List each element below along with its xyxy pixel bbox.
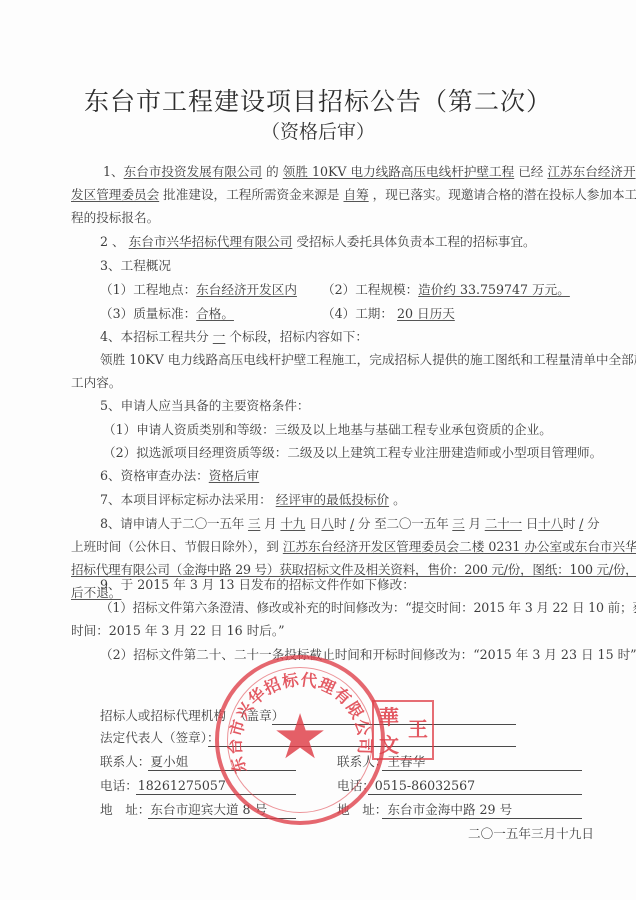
project-location: 东台经济开发区内 — [196, 282, 297, 297]
body-text: 时 — [563, 516, 575, 531]
qualification-review-method: 资格后审 — [209, 468, 259, 483]
start-month: 三 — [248, 516, 260, 531]
project-name: 领胜 10KV 电力线路高压电线杆护壁工程 — [283, 164, 514, 179]
field-label: 联系人： — [100, 754, 150, 769]
section-2: 2 、 东台市兴华招标代理有限公司 受招标人委托具体负责本工程的招标事宜。 — [100, 234, 536, 250]
section-1-line-1: 1、东台市投资发展有限公司 的 领胜 10KV 电力线路高压电线杆护壁工程 已经… — [103, 164, 636, 180]
section-count: 一 — [213, 329, 226, 344]
body-text: 8、请申请人于二〇一五年 — [100, 516, 244, 531]
body-text: 分 至二〇一五年 — [358, 516, 449, 531]
agent-name: 东台市兴华招标代理有限公司 — [129, 234, 293, 249]
field-label: 招标人或招标代理机构 — [100, 708, 226, 723]
end-hour: 十八 — [538, 516, 563, 531]
company-seal-text: 东台市兴华招标代理有限公司 — [219, 659, 381, 821]
body-text: 日 — [526, 516, 538, 531]
funding-source: 自筹 — [343, 187, 368, 202]
section-1-line-3: 程的投标报名。 — [71, 210, 159, 226]
field-label: （2）工程规模： — [322, 282, 418, 297]
evaluation-method: 经评审的最低投标价 — [276, 492, 389, 507]
modification-1-line-2: 时间：2015 年 3 月 22 日 16 时后。” — [71, 623, 285, 639]
connector-text: 已经 — [514, 164, 547, 179]
section-8-line-2: 上班时间（公休日、节假日除外），到 江苏东台经济开发区管理委员会二楼 0231 … — [71, 539, 636, 555]
body-text: 上班时间（公休日、节假日除外），到 — [71, 539, 283, 554]
right-contact-line — [382, 770, 582, 771]
quality-standard-row: （3）质量标准：合格。 — [100, 306, 234, 322]
body-text: 分 — [587, 516, 599, 531]
left-phone-row: 电话：18261275057 — [100, 778, 226, 794]
legal-rep-label: 法定代表人（签章）： — [100, 730, 220, 746]
field-label: 电话： — [100, 778, 138, 793]
section-4: 4、本招标工程共分 一 个标段，招标内容如下： — [100, 329, 368, 345]
body-text: 日 — [309, 516, 321, 531]
duration-row: （4）工期： 20 日历天 — [322, 306, 455, 322]
company-seal: ★ 东台市兴华招标代理有限公司 — [215, 655, 385, 825]
end-minute: / — [579, 516, 583, 531]
body-text: 4、本招标工程共分 — [100, 329, 209, 344]
tender-announcement-page: 东台市工程建设项目招标公告（第二次） （资格后审） 1、东台市投资发展有限公司 … — [0, 0, 636, 900]
section-4-content-line-1: 领胜 10KV 电力线路高压电线杆护壁工程施工，完成招标人提供的施工图纸和工程量… — [100, 352, 636, 368]
pickup-location-part-1: 江苏东台经济开发区管理委员会二楼 0231 办公室或东台市兴华 — [283, 539, 636, 554]
left-contact-row: 联系人：夏小姐 — [100, 754, 188, 770]
section-7: 7、本项目评标定标办法采用： 经评审的最低投标价 。 — [100, 492, 406, 508]
body-text: 个标段，招标内容如下： — [229, 329, 368, 344]
section-9-heading: 9、于 2015 年 3 月 13 日发布的招标文件作如下修改： — [100, 577, 415, 593]
section-number: 1、 — [103, 164, 124, 179]
project-scale: 造价约 33.759747 万元。 — [418, 282, 570, 297]
project-scale-row: （2）工程规模：造价约 33.759747 万元。 — [322, 282, 570, 298]
section-3-heading: 3、工程概况 — [100, 258, 171, 274]
body-text: 批准建设，工程所需资金来源是 — [159, 187, 343, 202]
field-label: 6、资格审查办法： — [100, 468, 209, 483]
right-phone-line — [368, 794, 582, 795]
section-8-line-3: 招标代理有限公司（金海中路 29 号）获取招标文件及相关资料，售价：200 元/… — [71, 562, 636, 578]
field-label: 7、本项目评标定标办法采用： — [100, 492, 272, 507]
quality-standard: 合格。 — [196, 306, 234, 321]
approver-part-2: 发区管理委员会 — [71, 187, 159, 202]
seal-char-1: 華 — [379, 706, 399, 728]
tenderer-name: 东台市投资发展有限公司 — [124, 164, 263, 179]
end-month: 三 — [452, 516, 464, 531]
approver-part-1: 江苏东台经济开 — [547, 164, 635, 179]
announcement-date: 二〇一五年三月十九日 — [468, 826, 594, 842]
document-subtitle: （资格后审） — [0, 117, 636, 144]
project-duration: 20 日历天 — [397, 306, 455, 321]
start-day: 十九 — [280, 516, 305, 531]
section-number: 2 、 — [100, 234, 125, 249]
field-label: （1）工程地点： — [100, 282, 196, 297]
field-label: （4）工期： — [322, 306, 393, 321]
body-text: 时 — [334, 516, 346, 531]
left-phone: 18261275057 — [138, 778, 226, 793]
section-5-heading: 5、申请人应当具备的主要资格条件： — [100, 398, 310, 414]
right-address-line — [382, 818, 582, 819]
seal-text-path: 东台市兴华招标代理有限公司 — [226, 670, 375, 776]
section-4-content-line-2: 工内容。 — [71, 375, 121, 391]
modification-1-line-1: （1）招标文件第六条澄清、修改或补充的时间修改为：“提交时间：2015 年 3 … — [100, 600, 636, 616]
right-address: 东台市金海中路 29 号 — [387, 802, 512, 817]
personal-seal: 華 王 文 — [372, 700, 434, 760]
project-location-row: （1）工程地点：东台经济开发区内 — [100, 282, 297, 298]
start-hour: 八 — [321, 516, 333, 531]
body-text: 。 — [389, 492, 406, 507]
end-day: 二十一 — [485, 516, 522, 531]
left-contact-name: 夏小姐 — [150, 754, 188, 769]
body-text: ，现已落实。现邀请合格的潜在投标人参加本工 — [369, 187, 636, 202]
section-6: 6、资格审查办法：资格后审 — [100, 468, 259, 484]
start-minute: / — [350, 516, 354, 531]
connector-text: 的 — [262, 164, 283, 179]
field-label: （3）质量标准： — [100, 306, 196, 321]
body-text: 月 — [469, 516, 481, 531]
seal-char-2: 王 — [408, 718, 428, 740]
requirement-1: （1）申请人资质类别和等级：三级及以上地基与基础工程专业承包资质的企业。 — [103, 422, 552, 438]
pickup-location-part-2: 招标代理有限公司（金海中路 29 号）获取招标文件及相关资料，售价：200 元/… — [71, 562, 636, 577]
document-title: 东台市工程建设项目招标公告（第二次） — [0, 82, 636, 118]
right-phone: 0515-86032567 — [375, 778, 475, 793]
svg-text:东台市兴华招标代理有限公司: 东台市兴华招标代理有限公司 — [226, 670, 375, 776]
body-text: 月 — [264, 516, 276, 531]
section-8-line-1: 8、请申请人于二〇一五年 三 月 十九 日八时 / 分 至二〇一五年 三 月 二… — [100, 516, 599, 532]
seal-char-3: 文 — [379, 734, 399, 756]
requirement-2: （2）拟选派项目经理资质等级：二级及以上建筑工程专业注册建造师或小型项目管理师。 — [103, 445, 602, 461]
section-1-line-2: 发区管理委员会 批准建设，工程所需资金来源是 自筹 ，现已落实。现邀请合格的潜在… — [71, 187, 636, 203]
field-label: 地 址： — [100, 802, 150, 817]
body-text: 受招标人委托具体负责本工程的招标事宜。 — [292, 234, 535, 249]
